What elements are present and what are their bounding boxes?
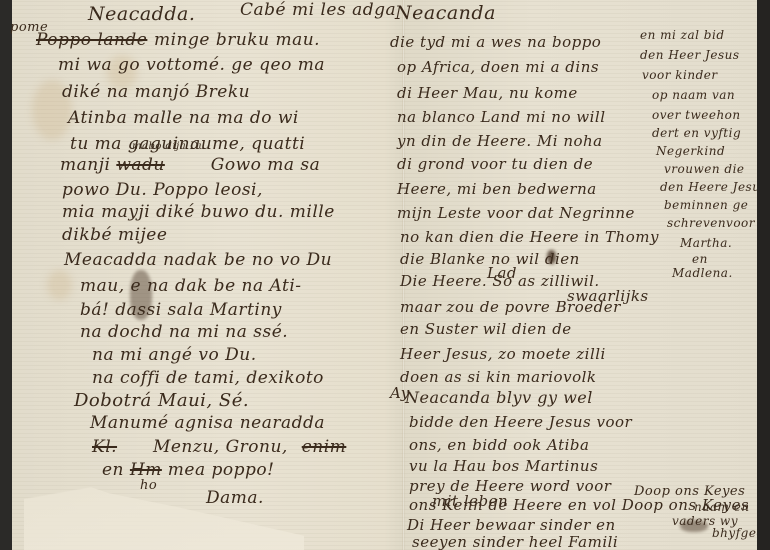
manuscript-line: no kan dien die Heere in Thomy <box>400 228 659 246</box>
manuscript-line: die tyd mi a wes na boppo <box>390 33 601 51</box>
manuscript-line: bidde den Heere Jesus voor <box>409 413 632 431</box>
manuscript-line: en Suster wil dien de <box>400 320 572 338</box>
middle-heading: Neacanda <box>395 2 496 24</box>
interlinear-insertion: mabo dija Du <box>132 141 205 152</box>
manuscript-line: Meacadda nadak be no vo Du <box>64 250 332 270</box>
manuscript-line: Martha. <box>680 236 732 250</box>
interlinear-insertion: ho <box>140 478 157 493</box>
struck-text: Poppo lande <box>36 30 147 50</box>
manuscript-line: op naam van <box>652 88 735 102</box>
struck-text: Kl. <box>92 437 117 457</box>
manuscript-line: schrevenvoor <box>667 216 755 230</box>
scan-border-left <box>0 0 12 550</box>
scan-border-right <box>757 0 770 550</box>
manuscript-line: op Africa, doen mi a dins <box>397 58 599 76</box>
manuscript-line: manji wadu Gowo ma sa <box>60 155 320 175</box>
manuscript-line: beminnen ge <box>664 198 748 212</box>
manuscript-line: diké na manjó Breku <box>62 82 250 102</box>
manuscript-line: minge bruku mau. <box>154 30 320 50</box>
struck-text: Hm <box>130 460 162 480</box>
line-word: en <box>102 460 124 480</box>
manuscript-line: Heer Jesus, zo moete zilli <box>400 345 606 363</box>
manuscript-line: en mi zal bid <box>640 28 725 42</box>
manuscript-line: en Hm mea poppo! <box>102 460 274 480</box>
line-word: mea poppo! <box>168 460 275 480</box>
manuscript-line: maar zou de povre Broeder <box>400 298 621 316</box>
manuscript-line: na dochd na mi na ssé. <box>80 322 288 342</box>
struck-text: wadu <box>116 155 165 175</box>
manuscript-line: na blanco Land mi no will <box>397 108 606 126</box>
manuscript-line: Madlena. <box>672 266 733 280</box>
line-word: manji <box>60 155 110 175</box>
manuscript-line: dert en vyftig <box>652 126 741 140</box>
manuscript-line: Negerkind <box>656 144 725 158</box>
manuscript-page: Neacadda. Cabé mi les adga pome Poppo la… <box>12 0 757 550</box>
manuscript-line: mi wa go vottomé. ge qeo ma <box>58 55 325 75</box>
manuscript-line: dikbé mijee <box>62 225 167 245</box>
line-word: Gowo ma sa <box>211 155 321 175</box>
manuscript-line: vrouwen die <box>664 162 745 176</box>
water-stain <box>47 270 72 300</box>
manuscript-line: Di Heer bewaar sinder en <box>407 516 616 534</box>
manuscript-line: mijn Leste voor dat Negrinne <box>397 204 635 222</box>
manuscript-line: doen as si kin mariovolk <box>400 368 596 386</box>
manuscript-line: Kl. Menzu, Gronu, enim <box>92 437 346 457</box>
struck-text: enim <box>302 437 347 457</box>
manuscript-line: over tweehon <box>652 108 741 122</box>
left-heading-right: Cabé mi les adga <box>240 0 396 20</box>
manuscript-line: powo Du. Poppo leosi, <box>62 180 263 200</box>
manuscript-line: den Heere Jesus <box>660 180 767 194</box>
manuscript-line: voor kinder <box>642 68 718 82</box>
left-heading: Neacadda. <box>88 3 195 25</box>
manuscript-line: Manumé agnisa nearadda <box>90 413 325 433</box>
manuscript-line: bá! dassi sala Martiny <box>80 300 282 320</box>
manuscript-line: seeyen sinder heel Famili <box>412 533 618 550</box>
manuscript-line: na mi angé vo Du. <box>92 345 257 365</box>
manuscript-line: vu la Hau bos Martinus <box>409 457 598 475</box>
manuscript-line: ons, en bidd ook Atiba <box>409 436 589 454</box>
manuscript-line: mia mayji diké buwo du. mille <box>62 202 335 222</box>
manuscript-line: den Heer Jesus <box>640 48 740 62</box>
manuscript-line: naam en <box>694 500 750 514</box>
manuscript-line: mau, e na dak be na Ati- <box>80 276 302 296</box>
manuscript-line: Atinba malle na ma do wi <box>68 108 299 128</box>
manuscript-line: di grond voor tu dien de <box>397 155 593 173</box>
manuscript-line: na coffi de tami, dexikoto <box>92 368 324 388</box>
manuscript-line: Heere, mi ben bedwerna <box>397 180 597 198</box>
manuscript-line: Dobotrá Maui, Sé. <box>74 390 249 411</box>
signature: Dama. <box>206 488 264 508</box>
manuscript-line: Neacanda blyv gy wel <box>405 388 593 407</box>
manuscript-line: Doop ons Keyes <box>634 484 745 499</box>
manuscript-line: di Heer Mau, nu kome <box>397 84 578 102</box>
manuscript-line: yn din de Heere. Mi noha <box>397 132 603 150</box>
manuscript-line: en <box>692 252 708 266</box>
